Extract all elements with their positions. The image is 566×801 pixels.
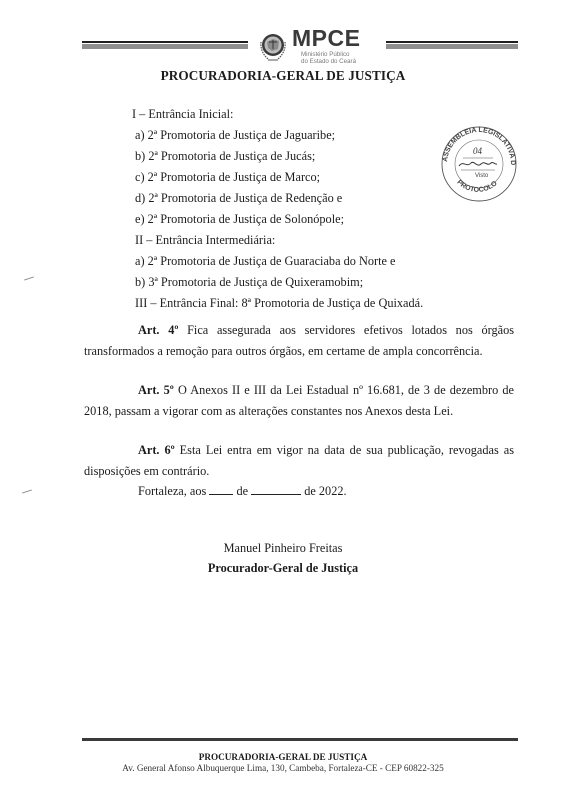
- article-4-label: Art. 4º: [138, 323, 178, 337]
- list-item: a) 2ª Promotoria de Justiça de Jaguaribe…: [135, 128, 335, 142]
- list-item: c) 2ª Promotoria de Justiça de Marco;: [135, 170, 320, 184]
- list-item: b) 3ª Promotoria de Justiça de Quixeramo…: [135, 275, 363, 289]
- svg-text:Visto: Visto: [475, 173, 489, 179]
- protocol-stamp-icon: ASSEMBLEIA LEGISLATIVA DO CEARÁ PROTOCOL…: [437, 120, 517, 204]
- article-4: Art. 4º Fica assegurada aos servidores e…: [84, 320, 514, 362]
- header-rule-right: [386, 41, 518, 50]
- list-item: d) 2ª Promotoria de Justiça de Redenção …: [135, 191, 342, 205]
- margin-mark: [24, 276, 34, 280]
- mpce-emblem-icon: [256, 30, 290, 64]
- list-item: II – Entrância Intermediária:: [135, 233, 275, 247]
- margin-mark: [22, 489, 32, 493]
- signatory-title: Procurador-Geral de Justiça: [0, 561, 566, 576]
- date-prefix: Fortaleza, aos: [138, 484, 206, 498]
- logo-subtitle-line2: do Estado do Ceará: [301, 58, 356, 65]
- footer-address: Av. General Afonso Albuquerque Lima, 130…: [0, 763, 566, 773]
- header-title: PROCURADORIA-GERAL DE JUSTIÇA: [0, 68, 566, 84]
- list-item: III – Entrância Final: 8ª Promotoria de …: [135, 296, 423, 310]
- svg-text:PROTOCOLO: PROTOCOLO: [455, 179, 499, 194]
- logo-brand: MPCE: [292, 27, 360, 50]
- date-line: Fortaleza, aos de de 2022.: [138, 484, 347, 498]
- footer-rule: [82, 738, 518, 741]
- svg-text:04: 04: [473, 146, 483, 156]
- list-item: e) 2ª Promotoria de Justiça de Solonópol…: [135, 212, 344, 226]
- list-item: a) 2ª Promotoria de Justiça de Guaraciab…: [135, 254, 396, 268]
- article-5: Art. 5º O Anexos II e III da Lei Estadua…: [84, 380, 514, 422]
- month-blank: [251, 484, 301, 495]
- date-suffix: de 2022.: [304, 484, 346, 498]
- article-6: Art. 6º Esta Lei entra em vigor na data …: [84, 440, 514, 482]
- header-rule-left: [82, 41, 248, 50]
- day-blank: [209, 484, 233, 495]
- list-item: b) 2ª Promotoria de Justiça de Jucás;: [135, 149, 315, 163]
- article-5-label: Art. 5º: [138, 383, 174, 397]
- logo-subtitle-line1: Ministério Público: [301, 51, 350, 58]
- list-item: I – Entrância Inicial:: [132, 107, 233, 121]
- article-6-label: Art. 6º: [138, 443, 175, 457]
- date-middle: de: [236, 484, 248, 498]
- signatory-name: Manuel Pinheiro Freitas: [0, 541, 566, 556]
- footer-title: PROCURADORIA-GERAL DE JUSTIÇA: [0, 752, 566, 762]
